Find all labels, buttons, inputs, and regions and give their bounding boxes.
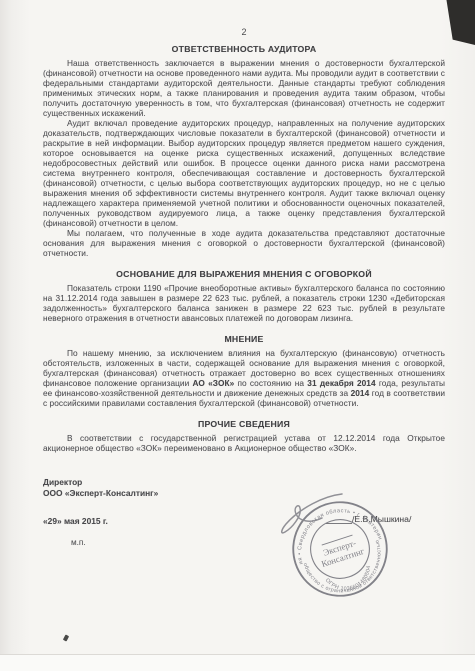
section-body-opinion: По нашему мнению, за исключением влияния… xyxy=(43,348,445,408)
document-content: 2 ОТВЕТСТВЕННОСТЬ АУДИТОРА Наша ответств… xyxy=(0,0,475,548)
ink-speck xyxy=(63,634,69,641)
section-heading-basis-for-qualified-opinion: ОСНОВАНИЕ ДЛЯ ВЫРАЖЕНИЯ МНЕНИЯ С ОГОВОРК… xyxy=(43,269,445,279)
paragraph: Аудит включал проведение аудиторских про… xyxy=(43,118,445,228)
paragraph: Наша ответственность заключается в выраж… xyxy=(43,58,445,118)
paragraph: Показатель строки 1190 «Прочие внеоборот… xyxy=(43,283,445,323)
section-body-basis-for-qualified-opinion: Показатель строки 1190 «Прочие внеоборот… xyxy=(43,283,445,323)
paragraph: По нашему мнению, за исключением влияния… xyxy=(43,348,445,408)
signer-title: Директор xyxy=(43,477,445,488)
handwritten-signature-icon xyxy=(276,490,346,538)
scanned-page: 2 ОТВЕТСТВЕННОСТЬ АУДИТОРА Наша ответств… xyxy=(0,0,475,671)
scan-edge-line xyxy=(0,667,282,668)
section-heading-other-information: ПРОЧИЕ СВЕДЕНИЯ xyxy=(43,419,445,429)
paragraph: Мы полагаем, что полученные в ходе аудит… xyxy=(43,228,445,258)
section-heading-auditor-responsibility: ОТВЕТСТВЕННОСТЬ АУДИТОРА xyxy=(43,44,445,54)
section-body-auditor-responsibility: Наша ответственность заключается в выраж… xyxy=(43,58,445,258)
paragraph: В соответствии с государственной регистр… xyxy=(43,433,445,453)
section-body-other-information: В соответствии с государственной регистр… xyxy=(43,433,445,453)
page-number: 2 xyxy=(43,27,445,37)
section-heading-opinion: МНЕНИЕ xyxy=(43,334,445,344)
